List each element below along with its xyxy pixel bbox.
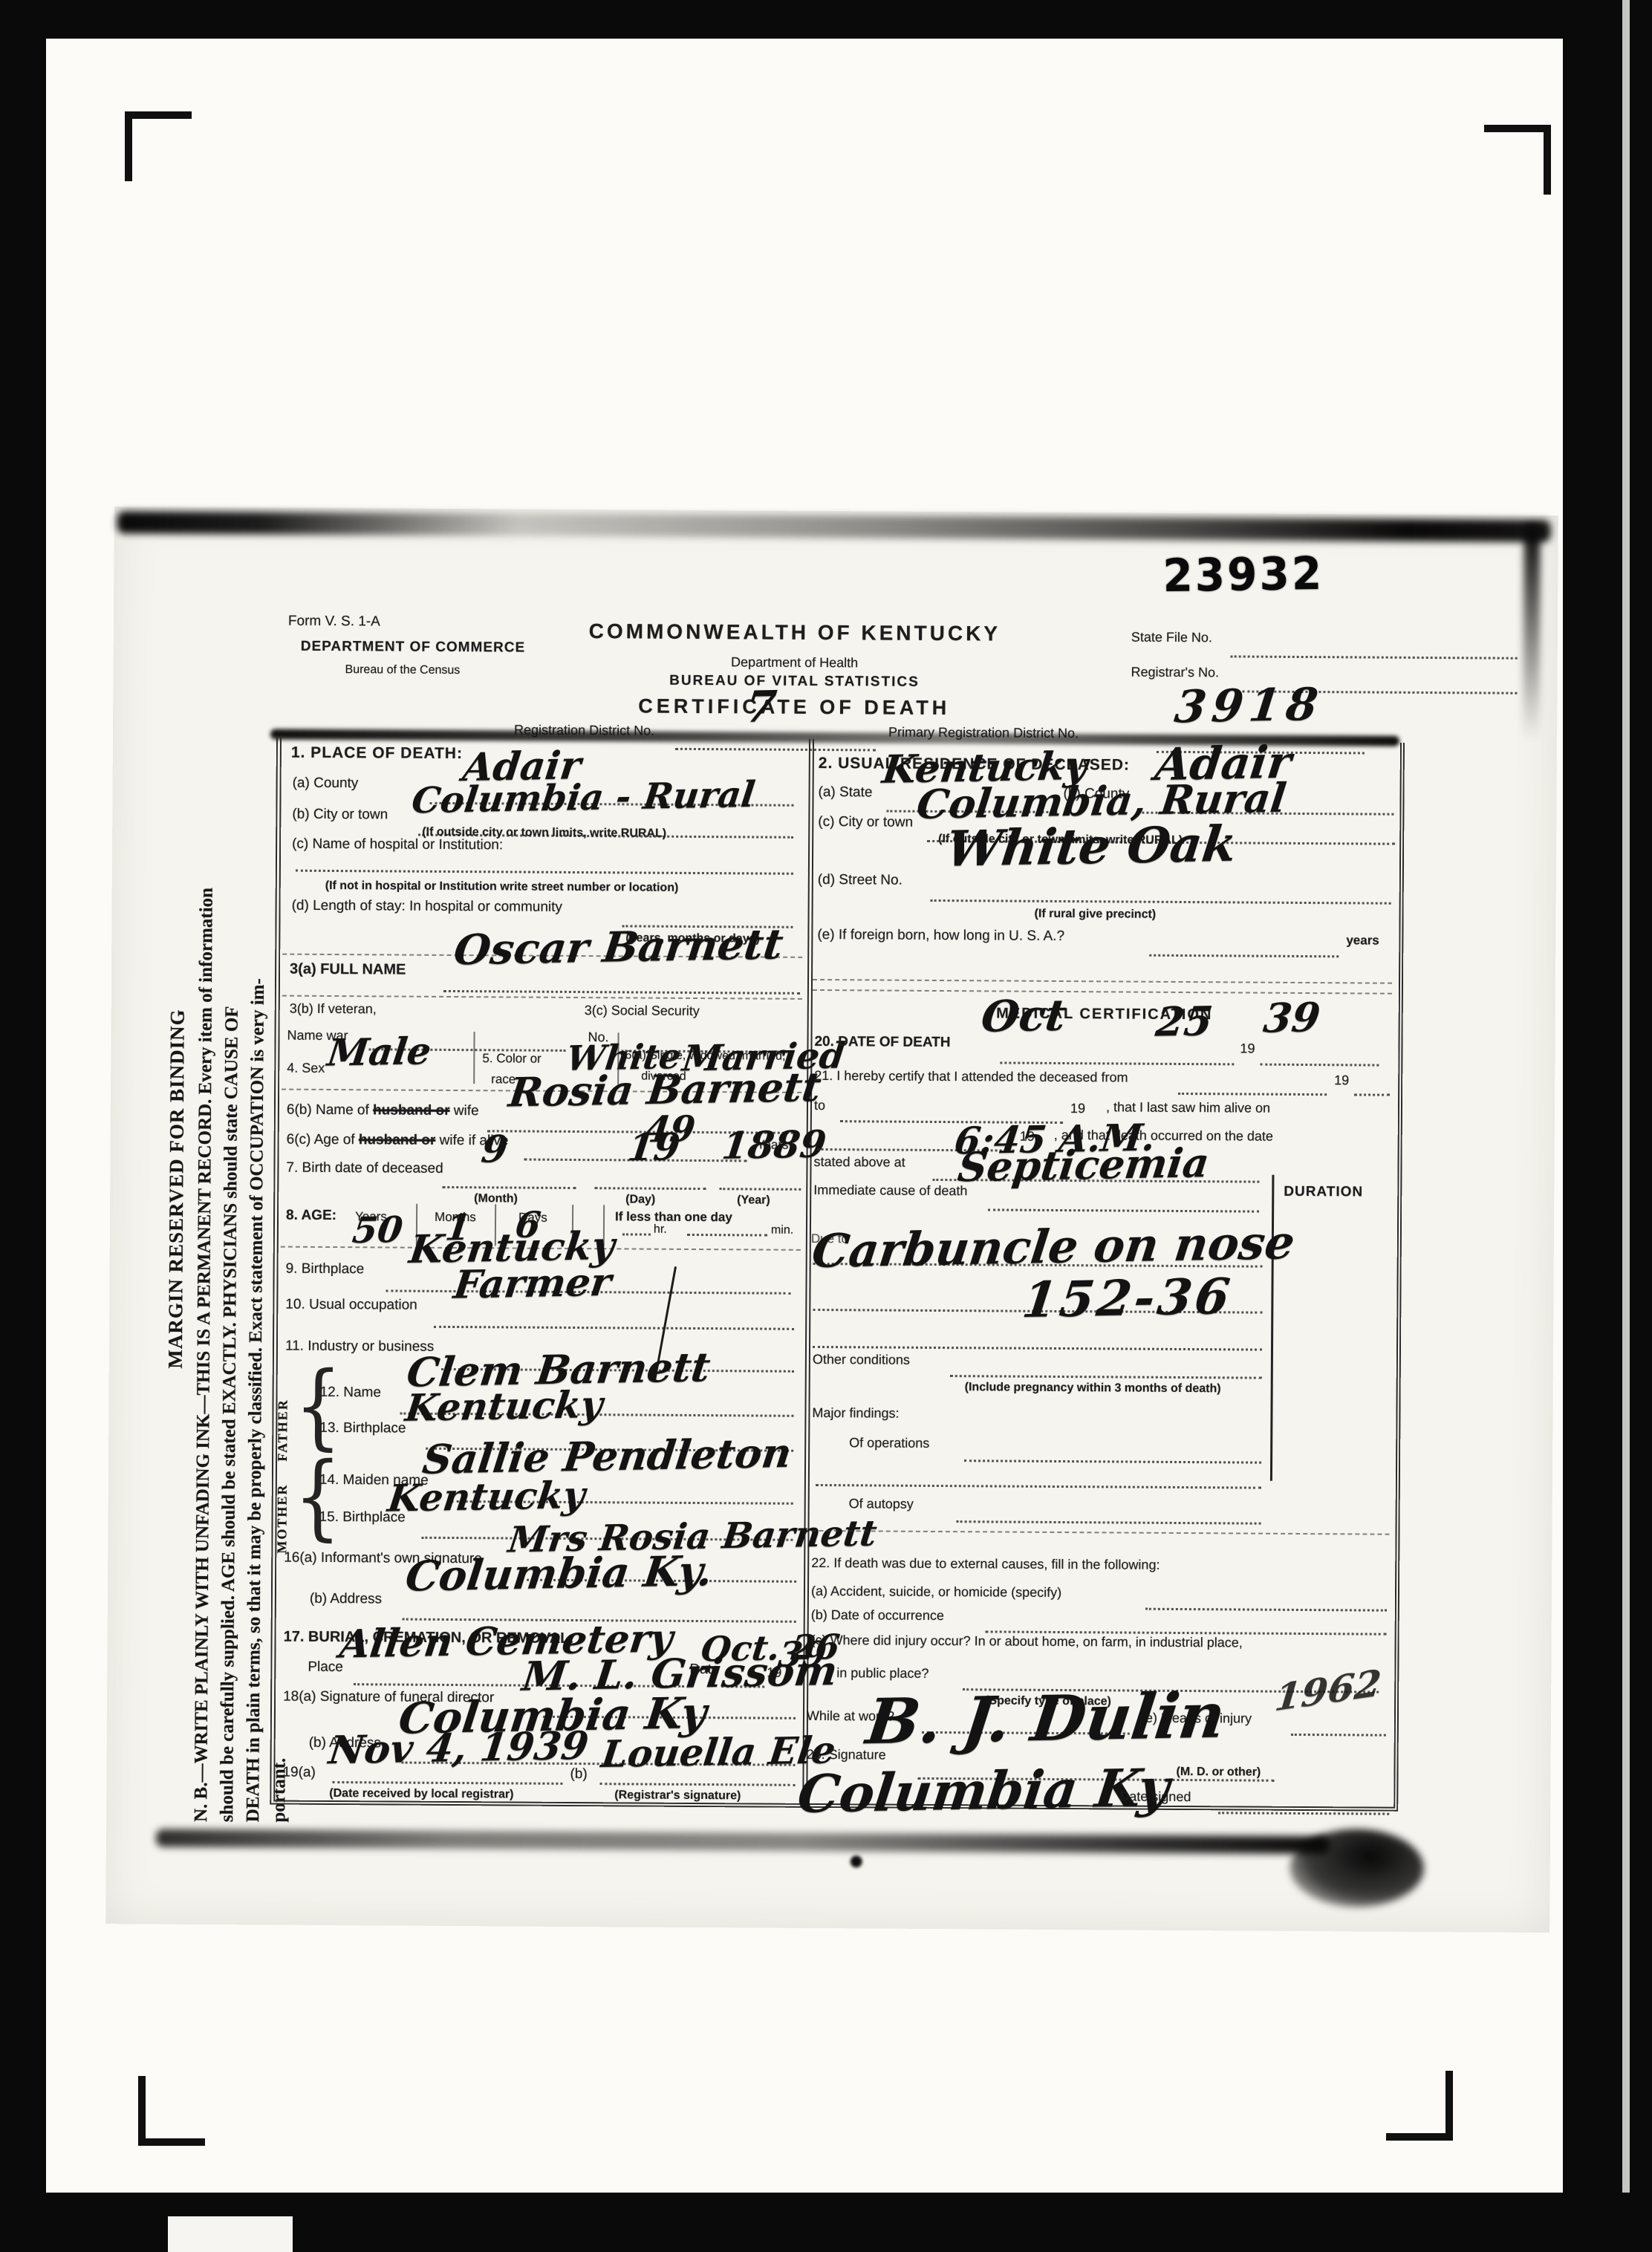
certify-19a: 19 bbox=[1334, 1073, 1349, 1088]
scan-border-top bbox=[0, 0, 1652, 39]
spouse-age-pre: 6(c) Age of bbox=[287, 1132, 355, 1148]
operations-label: Of operations bbox=[849, 1435, 929, 1451]
mother-side-label: MOTHER bbox=[274, 1484, 290, 1554]
father-bp-value: Kentucky bbox=[403, 1382, 605, 1430]
date-received-value: Nov 4, 1939 bbox=[326, 1723, 591, 1773]
registrar-no-label: Registrar's No. bbox=[1131, 665, 1219, 681]
cell-separator bbox=[473, 1032, 475, 1084]
birth-day-value: 19 bbox=[625, 1125, 683, 1169]
hospital-note: (If not in hospital or Institution write… bbox=[325, 879, 679, 895]
res-street-label: (d) Street No. bbox=[818, 872, 903, 889]
spouse-name-label: 6(b) Name of husband or wife bbox=[287, 1102, 479, 1120]
scan-border-right-gap bbox=[1622, 0, 1630, 2252]
certify-line1: 21. I hereby certify that I attended the… bbox=[814, 1068, 1128, 1086]
res-street-note: (If rural give precinct) bbox=[1035, 908, 1157, 922]
autopsy-label: Of autopsy bbox=[849, 1496, 914, 1512]
spouse-age-struck: husband or bbox=[359, 1132, 436, 1148]
birthdate-label: 7. Birth date of deceased bbox=[286, 1160, 443, 1177]
crop-bracket-top-right bbox=[1484, 125, 1551, 195]
res-state-label: (a) State bbox=[818, 784, 872, 801]
father-bp-label: 13. Birthplace bbox=[319, 1420, 406, 1437]
physician-sig-note: (M. D. or other) bbox=[1176, 1766, 1261, 1780]
dod-year-value: 39 bbox=[1261, 993, 1323, 1041]
major-findings-label: Major findings: bbox=[812, 1405, 899, 1422]
res-city-label: (c) City or town bbox=[818, 814, 913, 831]
registration-row-label: 19(a) bbox=[282, 1765, 315, 1781]
crop-bracket-bottom-left bbox=[138, 2076, 205, 2146]
scan-border-left bbox=[0, 0, 46, 2252]
registrar-b-label: (b) bbox=[570, 1766, 587, 1783]
county-label: (a) County bbox=[293, 775, 359, 793]
date-received-note: (Date received by local registrar) bbox=[329, 1787, 513, 1802]
birth-day-note: (Day) bbox=[625, 1193, 655, 1206]
veteran-label: 3(b) If veteran, bbox=[290, 1001, 377, 1018]
registration-district-value: 7 bbox=[743, 681, 779, 732]
fullname-label: 3(a) FULL NAME bbox=[290, 961, 406, 979]
color-label-1: 5. Color or bbox=[482, 1051, 541, 1066]
age-hr-label: hr. bbox=[654, 1223, 667, 1237]
informant-addr-label: (b) Address bbox=[310, 1591, 382, 1608]
birth-month-value: 9 bbox=[479, 1127, 510, 1171]
external-c-label2: in public place? bbox=[836, 1665, 929, 1682]
cause-code-value: 152-36 bbox=[1019, 1267, 1235, 1329]
res-street-value: White Oak bbox=[943, 815, 1240, 878]
sex-value: Male bbox=[325, 1029, 434, 1074]
occupation-label: 10. Usual occupation bbox=[285, 1297, 417, 1314]
form-number: Form V. S. 1-A bbox=[288, 614, 380, 631]
bureau-of-census: Bureau of the Census bbox=[345, 663, 461, 677]
informant-addr-value: Columbia Ky. bbox=[403, 1546, 715, 1601]
external-causes-section: 22. If death was due to external causes,… bbox=[811, 1555, 1160, 1573]
city-label: (b) City or town bbox=[292, 807, 388, 824]
dod-month-value: Oct bbox=[978, 990, 1068, 1042]
sex-label: 4. Sex bbox=[287, 1061, 325, 1076]
place-of-death-section: 1. PLACE OF DEATH: bbox=[291, 744, 463, 763]
external-a-label: (a) Accident, suicide, or homicide (spec… bbox=[811, 1584, 1061, 1601]
scan-border-bottom-notch bbox=[168, 2216, 293, 2252]
birthplace-label: 9. Birthplace bbox=[286, 1261, 365, 1278]
father-name-label: 12. Name bbox=[320, 1384, 382, 1402]
spouse-label-struck: husband or bbox=[373, 1102, 450, 1119]
father-side-label: FATHER bbox=[275, 1399, 291, 1461]
physician-sig-value: B. J. Dulin bbox=[862, 1679, 1229, 1759]
cause-label: Immediate cause of death bbox=[813, 1182, 967, 1199]
city-value: Columbia - Rural bbox=[409, 774, 757, 821]
certify-line2-post: , that I last saw him alive on bbox=[1106, 1099, 1270, 1116]
ssn-label: 3(c) Social Security bbox=[585, 1003, 700, 1019]
state-file-no-label: State File No. bbox=[1131, 630, 1212, 646]
primary-district-value: 3918 bbox=[1172, 679, 1327, 734]
smudge-right-edge bbox=[1523, 524, 1541, 740]
stay-label: (d) Length of stay: In hospital or commu… bbox=[292, 898, 562, 916]
foreign-born-unit: years bbox=[1346, 933, 1379, 948]
birth-year-note: (Year) bbox=[737, 1194, 770, 1207]
age-hr-line bbox=[622, 1233, 651, 1235]
other-conditions-note: (Include pregnancy within 3 months of de… bbox=[965, 1381, 1221, 1396]
external-c-label1: (c) Where did injury occur? In or about … bbox=[811, 1633, 1243, 1651]
dod-year-prefix: 19 bbox=[1240, 1041, 1255, 1056]
birth-year-value: 1889 bbox=[720, 1122, 829, 1167]
spouse-label-pre: 6(b) Name of bbox=[287, 1102, 369, 1119]
registrar-sig-note: (Registrar's signature) bbox=[614, 1789, 741, 1803]
stamped-file-number: 23932 bbox=[1162, 547, 1324, 602]
spouse-name-value: Rosia Barnett bbox=[507, 1063, 824, 1116]
spouse-age-label: 6(c) Age of husband or wife if alive bbox=[287, 1132, 509, 1150]
commonwealth-title: COMMONWEALTH OF KENTUCKY bbox=[479, 619, 1110, 646]
mother-brace: { bbox=[293, 1442, 342, 1551]
age-label: 8. AGE: bbox=[286, 1208, 336, 1224]
stated-above-label: stated above at bbox=[813, 1154, 905, 1171]
hospital-label: (c) Name of hospital or Institution: bbox=[292, 836, 503, 854]
age-less-label: If less than one day bbox=[615, 1209, 732, 1225]
date-signed-label: Date signed bbox=[1119, 1789, 1191, 1806]
age-years-value: 50 bbox=[350, 1209, 405, 1252]
age-min-label: min. bbox=[771, 1224, 793, 1237]
certificate-title: CERTIFICATE OF DEATH bbox=[478, 694, 1110, 720]
fullname-value: Oscar Barnett bbox=[452, 920, 786, 974]
occupation-value: Farmer bbox=[451, 1260, 614, 1308]
certify-19b: 19 bbox=[1070, 1101, 1085, 1116]
smudge-bottom-right-blob bbox=[1290, 1829, 1424, 1907]
scan-border-right bbox=[1563, 0, 1652, 2252]
mother-bp-value: Kentucky bbox=[386, 1473, 588, 1520]
foreign-born-label: (e) If foreign born, how long in U. S. A… bbox=[817, 927, 1064, 945]
crop-bracket-top-left bbox=[125, 111, 192, 181]
external-b-label: (b) Date of occurrence bbox=[811, 1607, 944, 1624]
dod-day-value: 25 bbox=[1154, 997, 1215, 1045]
other-conditions-label: Other conditions bbox=[813, 1352, 910, 1368]
smudge-ink-dot bbox=[851, 1855, 862, 1867]
spouse-label-post: wife bbox=[454, 1103, 479, 1119]
duration-label: DURATION bbox=[1284, 1184, 1363, 1201]
cause-value: Septicemia bbox=[955, 1139, 1212, 1191]
certify-to-label: to bbox=[814, 1098, 825, 1113]
age-min-line bbox=[687, 1234, 767, 1237]
date-of-death-label: 20. DATE OF DEATH bbox=[814, 1034, 950, 1051]
margin-binding-notice: MARGIN RESERVED FOR BINDING bbox=[164, 1009, 189, 1369]
certificate-photo-tilt: MARGIN RESERVED FOR BINDING N. B.—WRITE … bbox=[0, 0, 1652, 2252]
certify-19a-line bbox=[1354, 1093, 1390, 1096]
crop-bracket-bottom-right bbox=[1386, 2071, 1453, 2141]
scanned-death-certificate-page: MARGIN RESERVED FOR BINDING N. B.—WRITE … bbox=[0, 0, 1652, 2252]
physician-addr-value: Columbia Ky bbox=[794, 1757, 1172, 1825]
